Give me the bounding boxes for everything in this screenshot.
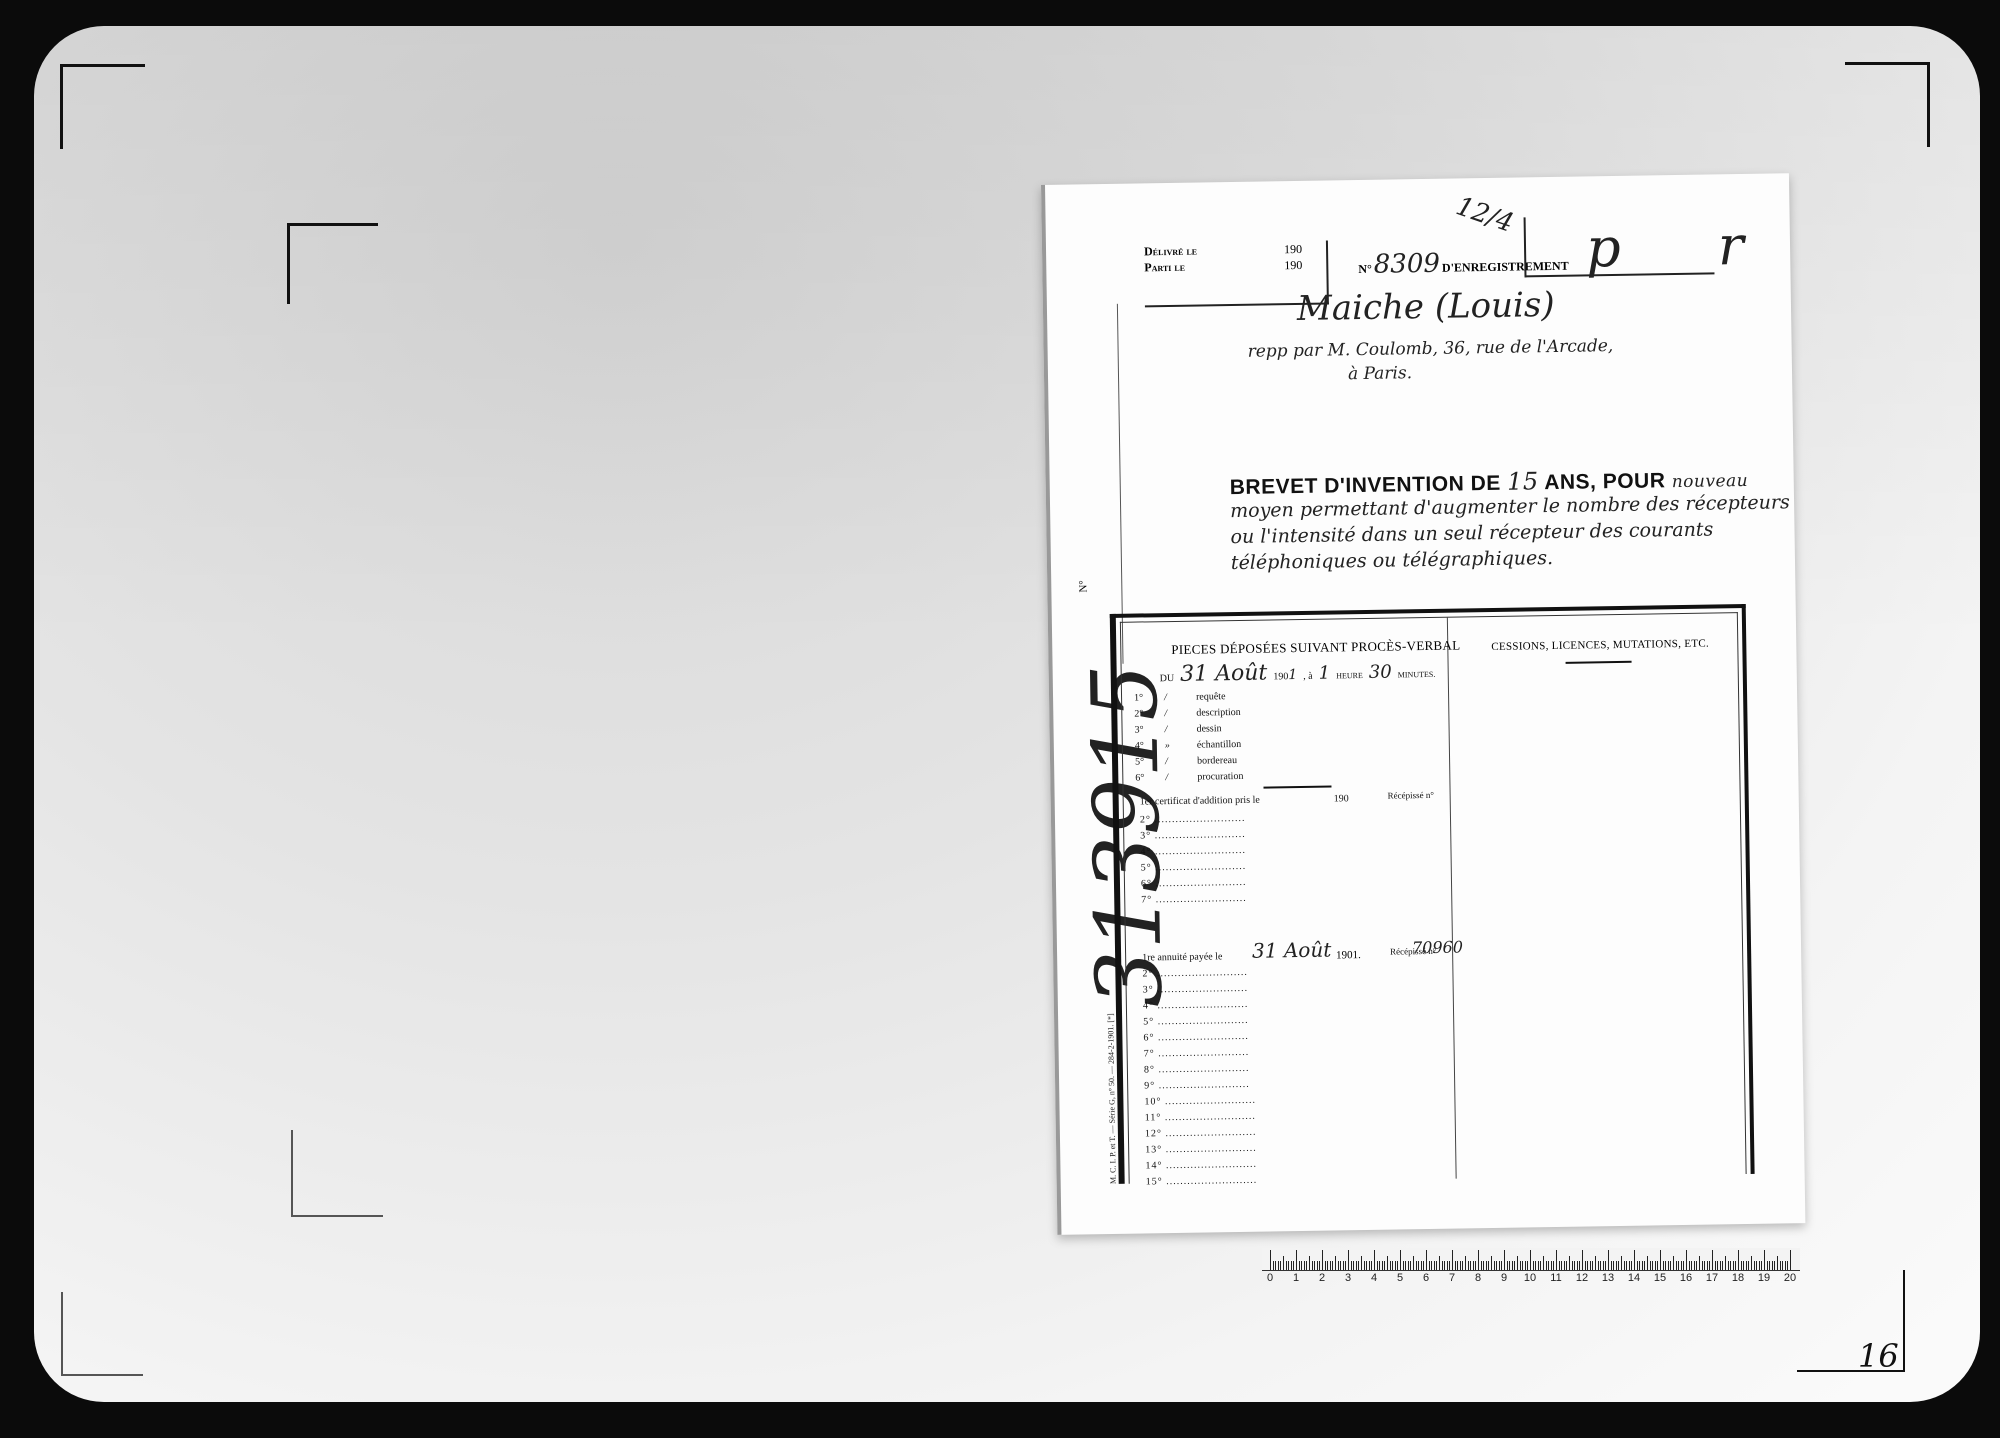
crop-mark-bottom-left xyxy=(61,1292,143,1376)
ruler-tick xyxy=(1676,1261,1677,1270)
ruler-tick xyxy=(1481,1261,1482,1270)
ruler-tick xyxy=(1621,1256,1622,1270)
ruler-tick xyxy=(1689,1261,1690,1270)
ruler-label: 18 xyxy=(1732,1272,1744,1284)
ruler-tick xyxy=(1530,1250,1531,1270)
ruler-tick xyxy=(1291,1261,1292,1270)
ruler-tick xyxy=(1322,1250,1323,1270)
section-rule xyxy=(1263,786,1331,789)
dotted-entry-row: 3° .......................... xyxy=(1140,829,1246,842)
ruler-tick xyxy=(1787,1261,1788,1270)
ruler-tick xyxy=(1657,1261,1658,1270)
dotted-entry-row: 6° .......................... xyxy=(1143,1031,1249,1044)
ruler-tick xyxy=(1769,1261,1770,1270)
ruler-label: 4 xyxy=(1371,1272,1377,1284)
margin-rule xyxy=(1117,304,1124,664)
ruler-tick xyxy=(1434,1261,1435,1270)
ruler-tick xyxy=(1717,1261,1718,1270)
ruler-tick xyxy=(1283,1256,1284,1270)
ruler-tick xyxy=(1754,1261,1755,1270)
ruler-tick xyxy=(1767,1261,1768,1270)
ruler-tick xyxy=(1514,1261,1515,1270)
annuite-list: 2° ..........................3° ........… xyxy=(1121,613,1737,623)
ruler-tick xyxy=(1603,1261,1604,1270)
crop-mark-top-left xyxy=(60,64,145,149)
ruler-tick xyxy=(1473,1261,1474,1270)
ruler-tick xyxy=(1387,1256,1388,1270)
ruler-label: 16 xyxy=(1680,1272,1692,1284)
ruler-tick xyxy=(1504,1250,1505,1270)
ruler-tick xyxy=(1551,1261,1552,1270)
ruler-tick xyxy=(1299,1261,1300,1270)
ruler-label: 8 xyxy=(1475,1272,1481,1284)
ruler-tick xyxy=(1301,1261,1302,1270)
ruler-tick xyxy=(1338,1261,1339,1270)
ruler-tick xyxy=(1613,1261,1614,1270)
ruler-tick xyxy=(1772,1261,1773,1270)
ruler-tick xyxy=(1403,1261,1404,1270)
ruler-tick xyxy=(1509,1261,1510,1270)
ruler-tick xyxy=(1598,1261,1599,1270)
ruler-tick xyxy=(1548,1261,1549,1270)
ruler-tick xyxy=(1408,1261,1409,1270)
ruler-tick xyxy=(1494,1261,1495,1270)
annuite-year: 1901. xyxy=(1336,949,1361,961)
ruler-tick xyxy=(1478,1250,1479,1270)
ruler-label: 3 xyxy=(1345,1272,1351,1284)
ruler-tick xyxy=(1369,1261,1370,1270)
piece-item: 4°»échantillon xyxy=(1135,739,1242,752)
ruler-label: 13 xyxy=(1602,1272,1614,1284)
ruler-tick xyxy=(1452,1250,1453,1270)
pieces-title: PIECES DÉPOSÉES SUIVANT PROCÈS-VERBAL xyxy=(1171,637,1460,658)
ruler-tick xyxy=(1488,1261,1489,1270)
piece-item: 6°/procuration xyxy=(1135,771,1243,784)
ruler-tick xyxy=(1668,1261,1669,1270)
ruler-tick xyxy=(1501,1261,1502,1270)
ruler-tick xyxy=(1533,1261,1534,1270)
ruler-tick xyxy=(1436,1261,1437,1270)
ruler-tick xyxy=(1673,1256,1674,1270)
dotted-entry-row: 2° .......................... xyxy=(1140,813,1246,826)
ruler-tick xyxy=(1460,1261,1461,1270)
ruler-tick xyxy=(1361,1256,1362,1270)
ruler-tick xyxy=(1652,1261,1653,1270)
annuite-first-label: 1re annuité payée le xyxy=(1142,951,1222,963)
ruler-tick xyxy=(1522,1261,1523,1270)
ruler-tick xyxy=(1423,1261,1424,1270)
cessions-title: CESSIONS, LICENCES, MUTATIONS, ETC. xyxy=(1491,638,1709,653)
ruler-tick xyxy=(1720,1261,1721,1270)
pieces-list: 1°/requête2°/description3°/dessin4°»écha… xyxy=(1121,613,1737,623)
ruler-label: 2 xyxy=(1319,1272,1325,1284)
ruler-tick xyxy=(1429,1261,1430,1270)
ruler-tick xyxy=(1608,1250,1609,1270)
ruler-tick xyxy=(1296,1250,1297,1270)
ruler-tick xyxy=(1691,1261,1692,1270)
dotted-entry-row: 13° .......................... xyxy=(1145,1143,1257,1156)
ruler-label: 11 xyxy=(1550,1272,1561,1284)
ruler-tick xyxy=(1712,1250,1713,1270)
dotted-entry-row: 5° .......................... xyxy=(1141,861,1247,874)
record-table-inner: PIECES DÉPOSÉES SUIVANT PROCÈS-VERBAL DU… xyxy=(1120,612,1747,1184)
ruler-label: 5 xyxy=(1397,1272,1403,1284)
dotted-entry-row: 7° .......................... xyxy=(1144,1047,1250,1060)
annuite-date: 31 Août xyxy=(1252,938,1332,963)
ruler-tick xyxy=(1449,1261,1450,1270)
ruler-label: 20 xyxy=(1784,1272,1796,1284)
dotted-entry-row: 14° .......................... xyxy=(1145,1159,1257,1172)
ruler-tick xyxy=(1517,1256,1518,1270)
dotted-entry-row: 5° .......................... xyxy=(1143,1015,1249,1028)
ruler-tick xyxy=(1306,1261,1307,1270)
ruler-label: 10 xyxy=(1524,1272,1536,1284)
dotted-entry-row: 2° .......................... xyxy=(1142,967,1248,980)
ruler-tick xyxy=(1590,1261,1591,1270)
page-number: 16 xyxy=(1858,1337,1899,1375)
ruler-label: 7 xyxy=(1449,1272,1455,1284)
ruler-tick xyxy=(1582,1250,1583,1270)
ruler-tick xyxy=(1546,1261,1547,1270)
ruler-tick xyxy=(1647,1256,1648,1270)
ruler-tick xyxy=(1678,1261,1679,1270)
ruler-tick xyxy=(1327,1261,1328,1270)
ruler-tick xyxy=(1457,1261,1458,1270)
ruler-tick xyxy=(1694,1261,1695,1270)
ruler-tick xyxy=(1397,1261,1398,1270)
ruler-tick xyxy=(1470,1261,1471,1270)
piece-item: 1°/requête xyxy=(1134,691,1226,703)
ruler-tick xyxy=(1499,1261,1500,1270)
ruler-tick xyxy=(1735,1261,1736,1270)
ruler-tick xyxy=(1782,1261,1783,1270)
applicant-city: à Paris. xyxy=(1348,363,1412,384)
ruler-tick xyxy=(1468,1261,1469,1270)
ruler-tick xyxy=(1309,1256,1310,1270)
ruler-tick xyxy=(1348,1250,1349,1270)
ruler-tick xyxy=(1595,1256,1596,1270)
ruler-tick xyxy=(1325,1261,1326,1270)
dotted-entry-row: 7° .......................... xyxy=(1141,893,1247,906)
ruler-tick xyxy=(1579,1261,1580,1270)
ruler-tick xyxy=(1704,1261,1705,1270)
ruler-tick xyxy=(1270,1250,1271,1270)
ruler-label: 12 xyxy=(1576,1272,1588,1284)
dotted-entry-row: 8° .......................... xyxy=(1144,1063,1250,1076)
ruler-tick xyxy=(1759,1261,1760,1270)
ruler-tick xyxy=(1650,1261,1651,1270)
ruler-tick xyxy=(1507,1261,1508,1270)
ruler-tick xyxy=(1785,1261,1786,1270)
ruler-tick xyxy=(1475,1261,1476,1270)
ruler-tick xyxy=(1400,1250,1401,1270)
ruler-tick xyxy=(1743,1261,1744,1270)
ruler-tick xyxy=(1332,1261,1333,1270)
folio-annotation: 12/4 xyxy=(1452,191,1517,238)
ruler-tick xyxy=(1319,1261,1320,1270)
ruler-tick xyxy=(1340,1261,1341,1270)
patent-number-prefix: N° xyxy=(1077,580,1089,593)
ruler-tick xyxy=(1637,1261,1638,1270)
ruler-tick xyxy=(1556,1250,1557,1270)
ruler-tick xyxy=(1413,1256,1414,1270)
ruler-label: 19 xyxy=(1758,1272,1770,1284)
ruler-tick xyxy=(1702,1261,1703,1270)
column-separator xyxy=(1447,618,1457,1179)
ruler-tick xyxy=(1330,1261,1331,1270)
crop-mark-top-right xyxy=(1845,62,1930,147)
ruler-tick xyxy=(1790,1250,1791,1270)
brevet-description-line: téléphoniques ou télégraphiques. xyxy=(1231,547,1553,574)
ruler-tick xyxy=(1686,1250,1687,1270)
ruler-tick xyxy=(1730,1261,1731,1270)
ruler-tick xyxy=(1345,1261,1346,1270)
certificat-list: 2° ..........................3° ........… xyxy=(1121,613,1737,623)
ruler-tick xyxy=(1587,1261,1588,1270)
ruler-tick xyxy=(1455,1261,1456,1270)
dotted-entry-row: 4° .......................... xyxy=(1143,999,1249,1012)
inner-mark-top-left xyxy=(287,223,378,304)
ruler-tick xyxy=(1418,1261,1419,1270)
ruler-tick xyxy=(1392,1261,1393,1270)
ruler-tick xyxy=(1618,1261,1619,1270)
ruler-tick xyxy=(1351,1261,1352,1270)
ruler-tick xyxy=(1761,1261,1762,1270)
ruler-tick xyxy=(1564,1261,1565,1270)
ruler-label: 6 xyxy=(1423,1272,1429,1284)
ruler-tick xyxy=(1462,1261,1463,1270)
ruler-tick xyxy=(1491,1256,1492,1270)
dotted-entry-row: 15° .......................... xyxy=(1146,1175,1258,1188)
ruler-tick xyxy=(1374,1250,1375,1270)
ruler-tick xyxy=(1616,1261,1617,1270)
ruler-tick xyxy=(1626,1261,1627,1270)
ruler-tick xyxy=(1670,1261,1671,1270)
ruler-tick xyxy=(1483,1261,1484,1270)
initials-annotation: p r xyxy=(1586,213,1785,279)
ruler-tick xyxy=(1574,1261,1575,1270)
ruler-tick xyxy=(1725,1256,1726,1270)
ruler-tick xyxy=(1486,1261,1487,1270)
ruler-tick xyxy=(1366,1261,1367,1270)
ruler-tick xyxy=(1410,1261,1411,1270)
brevet-description-line: ou l'intensité dans un seul récepteur de… xyxy=(1230,518,1713,548)
ruler-tick xyxy=(1577,1261,1578,1270)
ruler-tick xyxy=(1358,1261,1359,1270)
dotted-entry-row: 11° .......................... xyxy=(1145,1111,1256,1124)
ruler-tick xyxy=(1722,1261,1723,1270)
ruler-tick xyxy=(1553,1261,1554,1270)
ruler-tick xyxy=(1655,1261,1656,1270)
ruler-tick xyxy=(1538,1261,1539,1270)
ruler-tick xyxy=(1566,1261,1567,1270)
dotted-entry-row: 10° .......................... xyxy=(1144,1095,1256,1108)
ruler-tick xyxy=(1379,1261,1380,1270)
ruler-tick xyxy=(1525,1261,1526,1270)
scale-ruler xyxy=(1262,1248,1800,1271)
ruler-tick xyxy=(1660,1250,1661,1270)
certificat-recepisse-label: Récépissé n° xyxy=(1388,790,1434,801)
ruler-tick xyxy=(1728,1261,1729,1270)
applicant-name: Maiche (Louis) xyxy=(1297,285,1555,329)
ruler-tick xyxy=(1286,1261,1287,1270)
ruler-tick xyxy=(1733,1261,1734,1270)
ruler-tick xyxy=(1559,1261,1560,1270)
ruler-tick xyxy=(1639,1261,1640,1270)
ruler-label: 14 xyxy=(1628,1272,1640,1284)
dotted-entry-row: 4° .......................... xyxy=(1140,845,1246,858)
piece-item: 3°/dessin xyxy=(1134,723,1221,735)
ruler-tick xyxy=(1314,1261,1315,1270)
ruler-tick xyxy=(1777,1256,1778,1270)
piece-item: 2°/description xyxy=(1134,707,1241,720)
ruler-tick xyxy=(1751,1256,1752,1270)
ruler-tick xyxy=(1416,1261,1417,1270)
ruler-tick xyxy=(1681,1261,1682,1270)
ruler-tick xyxy=(1312,1261,1313,1270)
annuite-recepisse-number: 70960 xyxy=(1412,937,1463,957)
ruler-tick xyxy=(1600,1261,1601,1270)
ruler-tick xyxy=(1605,1261,1606,1270)
ruler-tick xyxy=(1543,1256,1544,1270)
ruler-tick xyxy=(1280,1261,1281,1270)
ruler-tick xyxy=(1707,1261,1708,1270)
pieces-date-line: DU 31 Août 1901 , à 1 HEURE 30 MINUTES. xyxy=(1160,658,1436,687)
patent-record-card: Délivré le 190 Parti le 190 N° 8309 D'EN… xyxy=(1041,173,1805,1235)
ruler-tick xyxy=(1644,1261,1645,1270)
ruler-tick xyxy=(1774,1261,1775,1270)
dotted-entry-row: 12° .......................... xyxy=(1145,1127,1257,1140)
ruler-tick xyxy=(1642,1261,1643,1270)
ruler-tick xyxy=(1629,1261,1630,1270)
ruler-tick xyxy=(1512,1261,1513,1270)
ruler-tick xyxy=(1377,1261,1378,1270)
ruler-tick xyxy=(1442,1261,1443,1270)
ruler-tick xyxy=(1631,1261,1632,1270)
ruler-label: 0 xyxy=(1267,1272,1273,1284)
certificat-first-label: 1er certificat d'addition pris le xyxy=(1140,795,1260,808)
ruler-tick xyxy=(1780,1261,1781,1270)
ruler-tick xyxy=(1343,1261,1344,1270)
ruler-tick xyxy=(1663,1261,1664,1270)
ruler-tick xyxy=(1748,1261,1749,1270)
ruler-tick xyxy=(1540,1261,1541,1270)
dotted-entry-row: 6° .......................... xyxy=(1141,877,1247,890)
ruler-label: 17 xyxy=(1706,1272,1718,1284)
ruler-tick xyxy=(1447,1261,1448,1270)
ruler-tick xyxy=(1496,1261,1497,1270)
dotted-entry-row: 3° .......................... xyxy=(1143,983,1249,996)
ruler-tick xyxy=(1444,1261,1445,1270)
ruler-tick xyxy=(1395,1261,1396,1270)
ruler-tick xyxy=(1335,1256,1336,1270)
ruler-tick xyxy=(1535,1261,1536,1270)
ruler-tick xyxy=(1738,1250,1739,1270)
ruler-tick xyxy=(1421,1261,1422,1270)
ruler-tick xyxy=(1624,1261,1625,1270)
ruler-tick xyxy=(1465,1256,1466,1270)
ruler-tick xyxy=(1561,1261,1562,1270)
ruler-tick xyxy=(1592,1261,1593,1270)
ruler-tick xyxy=(1384,1261,1385,1270)
piece-item: 5°/bordereau xyxy=(1135,755,1237,768)
ruler-tick xyxy=(1696,1261,1697,1270)
ruler-tick xyxy=(1585,1261,1586,1270)
record-table: PIECES DÉPOSÉES SUIVANT PROCÈS-VERBAL DU… xyxy=(1110,604,1755,1184)
ruler-tick xyxy=(1426,1250,1427,1270)
ruler-tick xyxy=(1371,1261,1372,1270)
ruler-tick xyxy=(1353,1261,1354,1270)
ruler-tick xyxy=(1293,1261,1294,1270)
ruler-tick xyxy=(1273,1261,1274,1270)
ruler-tick xyxy=(1683,1261,1684,1270)
ruler-tick xyxy=(1278,1261,1279,1270)
ruler-tick xyxy=(1665,1261,1666,1270)
certificat-year: 190 xyxy=(1334,793,1349,804)
ruler-tick xyxy=(1288,1261,1289,1270)
ruler-tick xyxy=(1390,1261,1391,1270)
ruler-tick xyxy=(1634,1250,1635,1270)
ruler-tick xyxy=(1756,1261,1757,1270)
ruler-tick xyxy=(1317,1261,1318,1270)
ruler-tick xyxy=(1356,1261,1357,1270)
ruler-tick xyxy=(1527,1261,1528,1270)
ruler-label: 1 xyxy=(1293,1272,1299,1284)
ruler-label: 15 xyxy=(1654,1272,1666,1284)
ruler-tick xyxy=(1569,1256,1570,1270)
cessions-rule xyxy=(1566,661,1632,664)
ruler-tick xyxy=(1741,1261,1742,1270)
ruler-tick xyxy=(1405,1261,1406,1270)
ruler-tick xyxy=(1709,1261,1710,1270)
inner-mark-bottom-left xyxy=(291,1130,383,1217)
ruler-label: 9 xyxy=(1501,1272,1507,1284)
ruler-tick xyxy=(1304,1261,1305,1270)
ruler-tick xyxy=(1572,1261,1573,1270)
ruler-tick xyxy=(1275,1261,1276,1270)
ruler-tick xyxy=(1764,1250,1765,1270)
ruler-tick xyxy=(1382,1261,1383,1270)
dotted-entry-row: 9° .......................... xyxy=(1144,1079,1250,1092)
applicant-representative: repp par M. Coulomb, 36, rue de l'Arcade… xyxy=(1247,336,1613,362)
ruler-tick xyxy=(1364,1261,1365,1270)
parti-row: Parti le 190 xyxy=(1144,257,1326,276)
ruler-tick xyxy=(1520,1261,1521,1270)
ruler-tick xyxy=(1699,1256,1700,1270)
ruler-tick xyxy=(1439,1256,1440,1270)
ruler-tick xyxy=(1715,1261,1716,1270)
ruler-tick xyxy=(1611,1261,1612,1270)
ruler-tick xyxy=(1746,1261,1747,1270)
ruler-tick xyxy=(1431,1261,1432,1270)
